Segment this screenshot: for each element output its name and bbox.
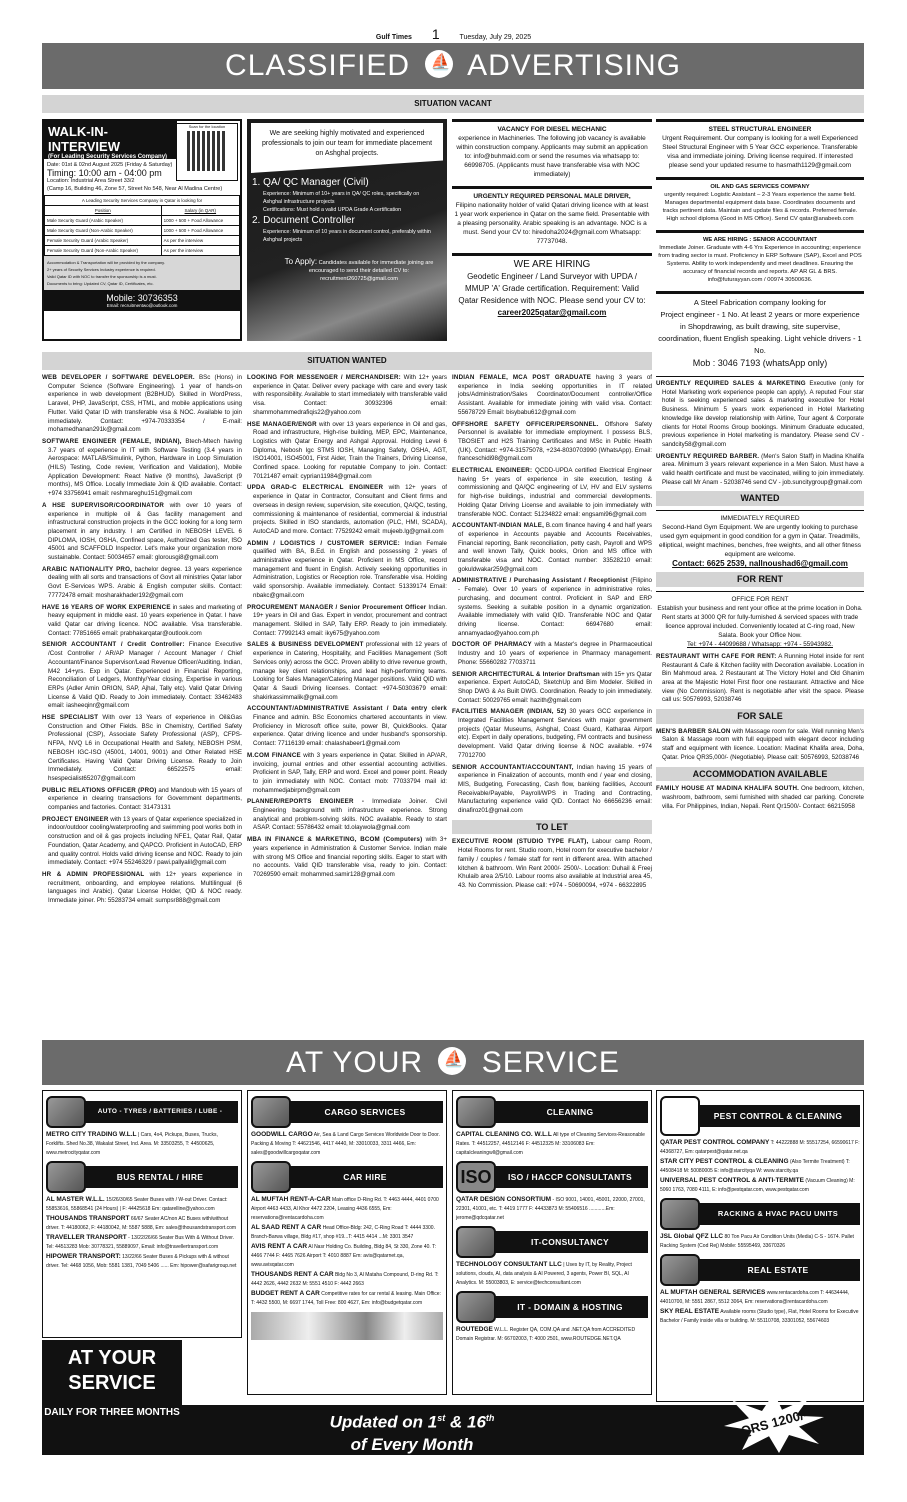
walkin-location-detail: (Camp 16, Building 46, Zone 57, Street N…: [47, 185, 237, 193]
globe-network-icon: [456, 1291, 496, 1323]
page-number: 1: [432, 26, 440, 42]
column-header-salary: Salary (in QAR): [161, 206, 239, 216]
entry-name: AL MUFTAH GENERAL SERVICES: [660, 1289, 765, 1296]
classified-ad: ARABIC NATIONALITY PRO, bachelor degree.…: [42, 566, 242, 601]
service-entry: GOODWILL CARGO Air, Sea & Land Cargo Ser…: [251, 1130, 443, 1158]
ad-heading: EXECUTIVE ROOM (STUDIO TYPE FLAT),: [452, 838, 588, 845]
classified-ad: PROJECT ENGINEER with 13 years of Qatar …: [42, 816, 242, 868]
ad-heading: RESTAURANT WITH CAFE FOR RENT:: [656, 653, 776, 660]
service-entry: TRAVELLER TRANSPORT - 13/22/26/66 Seater…: [46, 1233, 238, 1252]
service-entry: BUDGET RENT A CAR Competitive rates for …: [251, 1289, 443, 1308]
ad-heading: SENIOR ACCOUNTANT / Credit Controller:: [42, 641, 185, 648]
classified-ad: URGENTLY REQUIRED PERSONAL MALE DRIVER, …: [452, 186, 652, 249]
service-entry: THOUSANDS TRANSPORT 66/67 Seater AC/non …: [46, 1214, 238, 1233]
note: 2+ years of Security Services Industry e…: [47, 266, 237, 273]
ad-heading: HSE SPECIALIST: [42, 714, 98, 721]
entry-name: AVIS RENT A CAR: [251, 1243, 307, 1250]
walkin-subtitle: (For Leading Security Services Company): [48, 154, 173, 160]
ad-heading: HR & ADMIN PROFESSIONAL: [42, 871, 144, 878]
ad-body: Geodetic Engineer / Land Surveyor with U…: [454, 271, 650, 307]
apply-text: Candidates available for immediate joini…: [309, 260, 433, 282]
ad-heading: SALES & BUSINESS DEVELOPMENT: [247, 641, 364, 648]
service-title: PEST CONTROL & CLEANING: [696, 1105, 860, 1127]
entry-name: HIPOWER TRANSPORT:: [46, 1253, 121, 1260]
walkin-title-text: WALK-IN-INTERVIEW: [48, 124, 120, 154]
ad-heading: A Steel Fabrication company looking for: [658, 297, 862, 309]
service-title: REAL ESTATE: [696, 1259, 860, 1281]
entry-name: AL MUFTAH RENT-A-CAR: [251, 1196, 331, 1203]
classified-ad: HR & ADMIN PROFESSIONAL with 12+ years e…: [42, 871, 242, 906]
cell: Male Security Guard (Non-Arabic Speaker): [45, 226, 162, 236]
entry-name: QATAR DESIGN CONSORTIUM: [456, 1196, 551, 1203]
ad-contact: Tel: +974 - 44099688 / Whatsapp: +974 - …: [656, 640, 864, 649]
classified-ad: A Steel Fabrication company looking for …: [656, 291, 864, 372]
cell: As per the interview: [161, 236, 239, 246]
classified-ad: SOFTWARE ENGINEER (FEMALE, INDIAN), Btec…: [42, 438, 242, 499]
ad-body: Finance Executive /Cost Controller / AR/…: [48, 641, 242, 709]
cell: As per the interview: [161, 246, 239, 256]
ad-body: Project engineer - 1 No. At least 2 year…: [658, 309, 862, 357]
ad-heading: WEB DEVELOPER / SOFTWARE DEVELOPER.: [42, 374, 195, 381]
role-points: Experience: Minimum of 10 years in docum…: [247, 228, 447, 244]
ad-body: Btech-Mtech having 3.7 years of experien…: [48, 438, 242, 497]
service-entry: HIPOWER TRANSPORT: 13/22/66 Seater Buses…: [46, 1252, 238, 1271]
cell: Female Security Guard (Arabic Speaker): [45, 236, 162, 246]
ad-body: Finance and admin. BSc Economics charter…: [253, 714, 447, 747]
service-entry: JSL Global QFZ LLC 80 Ton Pacu Air Condi…: [660, 1232, 860, 1251]
ad-heading: A HSE SUPERVISOR/COORDINATOR: [42, 502, 164, 509]
service-category: RACKING & HVAC PACU UNITS: [660, 1198, 860, 1230]
ad-heading: OFFICE FOR RENT: [656, 595, 864, 604]
service-title: CLEANING: [492, 1101, 648, 1123]
ad-body: Second-Hand Gym Equipment. We are urgent…: [656, 523, 864, 559]
ad-heading: WE ARE HIRING : SENIOR ACCOUNTANT: [658, 236, 862, 244]
promo-headline: AT YOUR SERVICE: [42, 1346, 182, 1396]
service-entry: AL MUFTAH RENT-A-CAR Main office D-Ring …: [251, 1195, 443, 1223]
accommodation-header: ACCOMMODATION AVAILABLE: [656, 767, 864, 782]
publication-name: Gulf Times: [376, 34, 412, 41]
divider: [656, 591, 864, 592]
wanted-ad: IMMEDIATELY REQUIRED Second-Hand Gym Equ…: [656, 510, 864, 568]
masthead: Gulf Times 1 Tuesday, July 29, 2025: [0, 26, 907, 42]
ad-heading: ARABIC NATIONALITY PRO,: [42, 566, 132, 573]
ad-heading: SENIOR ARCHITECTURAL & Interior Draftsma…: [452, 671, 600, 678]
service-category: ISO ISO / HACCP CONSULTANTS: [456, 1161, 648, 1193]
container-icon: [251, 1096, 291, 1128]
banner-right-text: ADVERTISING: [467, 49, 681, 82]
service-title: RACKING & HVAC PACU UNITS: [696, 1203, 860, 1225]
ad-heading: URGENTLY REQUIRED PERSONAL MALE DRIVER,: [454, 192, 650, 201]
table-row: Male Security Guard (Non-Arabic Speaker)…: [45, 226, 240, 236]
role-point: Experience: Minimum of 10 years in docum…: [263, 228, 439, 244]
ad-body: Labour camp Room, Hotel Rooms for rent. …: [458, 838, 652, 889]
column-header-position: Position: [45, 206, 162, 216]
note: Documents to bring: Updated CV, Qatar ID…: [47, 280, 237, 287]
service-entry: QATAR DESIGN CONSORTIUM - ISO 9001, 1400…: [456, 1195, 648, 1223]
ad-heading: URGENTLY REQUIRED SALES & MARKETING: [656, 380, 806, 387]
classified-ad: ADMINISTRATIVE / Purchasing Assistant / …: [452, 577, 652, 638]
classified-ad: HAVE 16 YEARS OF WORK EXPERIENCE in sale…: [42, 604, 242, 639]
service-title: IT - DOMAIN & HOSTING: [492, 1296, 648, 1318]
ad-heading: PROCUREMENT MANAGER / Senior Procurement…: [247, 604, 426, 611]
service-entry: QATAR PEST CONTROL COMPANY T: 44222888 M…: [660, 1138, 860, 1157]
ad-body: 30 years GCC experience in Integrated Fa…: [458, 708, 652, 759]
restaurant-ad: RESTAURANT WITH CAFE FOR RENT: A Running…: [656, 653, 864, 705]
ad-body: with 12+ years of experience in Qatar in…: [253, 484, 447, 535]
superscript: th: [486, 1413, 495, 1423]
entry-name: BUDGET RENT A CAR: [251, 1290, 320, 1297]
wanted-column-2: LOOKING FOR MESSENGER / MERCHANDISER: Wi…: [247, 374, 447, 883]
col4-ads: URGENTLY REQUIRED SALES & MARKETING Exec…: [656, 380, 864, 487]
ad-body: BSc (Hons) in Computer Science (Software…: [48, 374, 242, 433]
update-schedule: Updated on 1st & 16th of Every Month: [282, 1407, 542, 1456]
classified-ad: MEN'S BARBER SALON with Massage room for…: [656, 728, 864, 763]
table-row: Female Security Guard (Arabic Speaker)As…: [45, 236, 240, 246]
wanted-column-1: WEB DEVELOPER / SOFTWARE DEVELOPER. BSc …: [42, 374, 242, 909]
service-panel-auto-bus: AUTO - TYRES / BATTERIES / LUBE - CHANGI…: [42, 1090, 242, 1338]
warehouse-racking-icon: [660, 1198, 700, 1230]
service-category: CAR HIRE: [251, 1161, 443, 1193]
role-point: Experience: Minimum of 10+ years in QA/ …: [263, 190, 439, 206]
classified-ad: FACILITIES MANAGER (INDIAN, 52) 30 years…: [452, 708, 652, 760]
entry-name: AL MASTER W.L.L.: [46, 1196, 105, 1203]
service-category: IT - DOMAIN & HOSTING: [456, 1291, 648, 1323]
ad-body: experience in Machineries. The following…: [454, 134, 650, 179]
office-for-rent-ad: OFFICE FOR RENT Establish your business …: [656, 591, 864, 649]
building-icon: [660, 1254, 700, 1286]
classified-ad: SALES & BUSINESS DEVELOPMENT professiona…: [247, 641, 447, 702]
classified-ad: WE ARE HIRING : SENIOR ACCOUNTANT Immedi…: [656, 230, 864, 287]
promo-bottom-bar: Updated on 1st & 16th of Every Month QRS…: [182, 1405, 864, 1455]
banner-left-text: CLASSIFIED: [225, 49, 410, 82]
vacant-column-3: VACANCY FOR DIESEL MECHANIC experience i…: [452, 119, 652, 326]
entry-name: CAPITAL CLEANING CO. W.L.L: [456, 1131, 552, 1138]
situation-vacant-header: SITUATION VACANT: [42, 95, 864, 113]
car-parts-icon: [46, 1096, 86, 1128]
classified-ad: STEEL STRUCTURAL ENGINEER Urgent Require…: [656, 119, 864, 173]
wanted-header: WANTED: [656, 491, 864, 506]
ad-heading: UPDA GRAD-C ELECTRICAL ENGINEER: [247, 484, 383, 491]
service-entry: AVIS RENT A CAR Al Nasr Holding Co. Buil…: [251, 1242, 443, 1270]
ad-heading: LOOKING FOR MESSENGER / MERCHANDISER:: [247, 374, 401, 381]
service-entry: UNIVERSAL PEST CONTROL & ANTI-TERMITE (V…: [660, 1176, 860, 1195]
entry-name: THOUSANDS RENT A CAR: [251, 1271, 334, 1278]
ad-heading: OIL AND GAS SERVICES COMPANY: [658, 183, 862, 191]
ad-body: Indian Female qualified with BA, B.Ed. i…: [253, 540, 447, 599]
ad-heading: WE ARE HIRING: [454, 259, 650, 271]
ad-heading: PLANNER/REPORTS ENGINEER -: [247, 798, 364, 805]
service-entry: METRO CITY TRADING W.L.L | Cars, 4x4, Pi…: [46, 1130, 238, 1158]
accommodation-ad: FAMILY HOUSE AT MADINA KHALIFA SOUTH. On…: [656, 785, 864, 811]
service-category: PEST CONTROL & CLEANING: [660, 1096, 860, 1136]
cell: Female Security Guard (Non-Arabic Speake…: [45, 246, 162, 256]
qr-code-icon: [187, 131, 227, 171]
promo-left-block: AT YOUR SERVICE DAILY FOR THREE MONTHS: [42, 1340, 182, 1455]
entry-name: SKY REAL ESTATE: [660, 1308, 719, 1315]
entry-name: GOODWILL CARGO: [251, 1131, 313, 1138]
service-entry: SKY REAL ESTATE Available rooms (Studio …: [660, 1307, 860, 1326]
salary-table: A Leading Security Services Company in Q…: [44, 195, 240, 256]
role-point: Certifications: Must hold a valid UPDA G…: [263, 206, 439, 214]
dhow-logo-icon: [425, 50, 453, 78]
service-category: AUTO - TYRES / BATTERIES / LUBE - CHANGI…: [46, 1096, 238, 1128]
walkin-notes: Accommodation & Transportation will be p…: [44, 256, 240, 290]
service-title: AUTO - TYRES / BATTERIES / LUBE - CHANGI…: [82, 1101, 238, 1123]
entry-name: AL SAAD RENT A CAR: [251, 1224, 321, 1231]
ad-heading: MBA IN FINANCE & MARKETING, BCOM (Comput…: [247, 836, 422, 843]
it-consultancy-icon: [456, 1226, 496, 1258]
service-entry: AL SAAD RENT A CAR Head Office-Bldg: 242…: [251, 1223, 443, 1242]
apply-section: To Apply: Candidates available for immed…: [277, 258, 441, 283]
ad-heading: DOCTOR OF PHARMACY: [452, 641, 532, 648]
ad-email[interactable]: career2025qatar@gmail.com: [454, 307, 650, 319]
classified-ad: SENIOR ACCOUNTANT / Credit Controller: F…: [42, 641, 242, 711]
service-panel-cleaning-iso-it: CLEANING CAPITAL CLEANING CO. W.L.L All …: [452, 1090, 652, 1395]
classified-ad: UPDA GRAD-C ELECTRICAL ENGINEER with 12+…: [247, 484, 447, 536]
entry-name: TECHNOLOGY CONSULTANT LLC: [456, 1261, 562, 1268]
cell: 1000 + 500 + Food Allowance: [161, 216, 239, 226]
walk-in-interview-ad: WALK-IN-INTERVIEW (For Leading Security …: [42, 119, 242, 341]
service-entry: AL MUFTAH GENERAL SERVICES www.rentacard…: [660, 1288, 860, 1307]
ad-contact: Contact: 6625 2539, nallnoushad6@gmail.c…: [656, 559, 864, 568]
ad-heading: PUBLIC RELATIONS OFFICER (PRO): [42, 787, 157, 794]
banner-left-text: AT YOUR: [286, 1046, 423, 1079]
for-rent-header: FOR RENT: [656, 572, 864, 587]
entry-name: JSL Global QFZ LLC: [660, 1233, 723, 1240]
bus-icon: [46, 1161, 86, 1193]
pest-sprayer-icon: [660, 1096, 700, 1136]
ad-heading: MEN'S BARBER SALON: [656, 728, 731, 735]
service-entry: AL MASTER W.L.L. 15/26/30/65 Seater Buse…: [46, 1195, 238, 1214]
iso-icon: ISO: [456, 1161, 496, 1193]
ad-heading: ADMIN / LOGISTICS / CUSTOMER SERVICE:: [247, 540, 400, 547]
ad-heading: OFFSHORE SAFETY OFFICER/PERSONNEL.: [452, 421, 599, 428]
service-title: CARGO SERVICES: [287, 1101, 443, 1123]
classified-ad: M.COM FINANCE with 3 years experience in…: [247, 752, 447, 796]
qr-code[interactable]: Scan for the location: [176, 123, 238, 181]
classified-ad: URGENTLY REQUIRED BARBER. (Men's Salon S…: [656, 453, 864, 488]
service-title: CAR HIRE: [287, 1166, 443, 1188]
classified-ad: DOCTOR OF PHARMACY with a Master's degre…: [452, 641, 652, 667]
ad-body: Establish your business and rent your of…: [656, 604, 864, 640]
service-category: CARGO SERVICES: [251, 1096, 443, 1128]
ad-body: urgently required: Logistic Assistant – …: [658, 191, 862, 223]
classified-ad: ACCOUNTANT-INDIAN MALE, B.com finance ha…: [452, 522, 652, 574]
dhow-logo-icon: [438, 1047, 466, 1075]
ad-heading: ACCOUNTANT-INDIAN MALE,: [452, 522, 544, 529]
for-sale-header: FOR SALE: [656, 709, 864, 724]
classified-ad: ACCOUNTANT/ADMINISTRATIVE Assistant / Da…: [247, 705, 447, 749]
ad-body: QCDD-UPDA certified Electrical Engineer …: [458, 467, 652, 518]
ad-body: Executive (only for Hotel Marketing work…: [662, 380, 864, 448]
classified-ad: FAMILY HOUSE AT MADINA KHALIFA SOUTH. On…: [656, 785, 864, 811]
entry-name: TRAVELLER TRANSPORT: [46, 1234, 127, 1241]
ashghal-intro: We are seeking highly motivated and expe…: [251, 123, 443, 173]
ad-body: professional with 12 years of experience…: [253, 641, 447, 700]
note: Accommodation & Transportation will be p…: [47, 259, 237, 266]
service-panel-cargo-car: CARGO SERVICES GOODWILL CARGO Air, Sea &…: [247, 1090, 447, 1395]
classified-ad: PLANNER/REPORTS ENGINEER - Immediate Joi…: [247, 798, 447, 833]
classified-ad: LOOKING FOR MESSENGER / MERCHANDISER: Wi…: [247, 374, 447, 418]
ad-heading: ELECTRICAL ENGINEER:: [452, 467, 532, 474]
situation-wanted-header: SITUATION WANTED: [42, 352, 652, 370]
classified-ad: OIL AND GAS SERVICES COMPANY urgently re…: [656, 177, 864, 226]
salary-table-intro: A Leading Security Services Company in Q…: [45, 196, 240, 206]
ad-heading: ADMINISTRATIVE / Purchasing Assistant / …: [452, 577, 628, 584]
issue-date: Tuesday, July 29, 2025: [460, 34, 532, 41]
wanted-column-3: INDIAN FEMALE, MCA POST GRADUATE having …: [452, 374, 652, 894]
role-title: 2. Document Controller: [252, 217, 442, 225]
walkin-title: WALK-IN-INTERVIEW (For Leading Security …: [44, 121, 177, 159]
ad-body: With over 13 Years of experience in Oil&…: [48, 714, 242, 782]
ad-heading: URGENTLY REQUIRED BARBER.: [656, 453, 759, 460]
divider: [656, 510, 864, 511]
entry-name: QATAR PEST CONTROL COMPANY: [660, 1139, 769, 1146]
classified-ad: EXECUTIVE ROOM (STUDIO TYPE FLAT), Labou…: [452, 838, 652, 890]
promo-duration: DAILY FOR THREE MONTHS: [42, 1406, 182, 1420]
entry-name: STAR CITY PEST CONTROL & CLEANING: [660, 1158, 789, 1165]
service-entry: THOUSANDS RENT A CAR Bldg No 3, Al Matah…: [251, 1270, 443, 1289]
ad-body: (Filipino - Female). Over 10 years of ex…: [458, 577, 652, 636]
role-title: 1. QA/ QC Manager (Civil): [252, 179, 442, 187]
classified-ad: A HSE SUPERVISOR/COORDINATOR with over 1…: [42, 502, 242, 563]
walkin-email[interactable]: Email: recruitmentwo@outlook.com: [44, 303, 240, 308]
classified-ad: WEB DEVELOPER / SOFTWARE DEVELOPER. BSc …: [42, 374, 242, 435]
ad-heading: IMMEDIATELY REQUIRED: [656, 514, 864, 523]
ad-heading: STEEL STRUCTURAL ENGINEER: [658, 125, 862, 134]
service-title: ISO / HACCP CONSULTANTS: [492, 1166, 648, 1188]
classified-ad: ELECTRICAL ENGINEER: QCDD-UPDA certified…: [452, 467, 652, 519]
classified-ad: URGENTLY REQUIRED SALES & MARKETING Exec…: [656, 380, 864, 450]
entry-name: METRO CITY TRADING W.L.L: [46, 1131, 137, 1138]
service-category: REAL ESTATE: [660, 1254, 860, 1286]
classified-ad: OFFSHORE SAFETY OFFICER/PERSONNEL. Offsh…: [452, 421, 652, 465]
classified-ad: SENIOR ACCOUNTANT/ACCOUNTANT, Indian hav…: [452, 764, 652, 816]
ad-body: A Running Hotel inside for rent Restaura…: [662, 653, 864, 704]
service-title: IT-CONSULTANCY: [492, 1231, 648, 1253]
service-entry: ROUTEDGE W.L.L. Register QA, COM.QA and …: [456, 1325, 648, 1344]
entry-name: THOUSANDS TRANSPORT: [46, 1215, 129, 1222]
ad-heading: SENIOR ACCOUNTANT/ACCOUNTANT,: [452, 764, 574, 771]
service-title: BUS RENTAL / HIRE: [82, 1166, 238, 1188]
vacant-column-4: STEEL STRUCTURAL ENGINEER Urgent Require…: [656, 119, 864, 814]
service-category: BUS RENTAL / HIRE: [46, 1161, 238, 1193]
service-entry: TECHNOLOGY CONSULTANT LLC | Uses by IT, …: [456, 1260, 648, 1288]
walkin-mobile: Mobile: 30736353: [44, 293, 240, 303]
ad-mobile: Mob : 3046 7193 (whatsApp only): [658, 357, 862, 369]
update-text: of Every Month: [351, 1435, 474, 1454]
service-category: IT-CONSULTANCY: [456, 1226, 648, 1258]
classified-ad: PROCUREMENT MANAGER / Senior Procurement…: [247, 604, 447, 639]
divider: [656, 376, 864, 377]
for-sale-ad: MEN'S BARBER SALON with Massage room for…: [656, 728, 864, 763]
car-hire-icon: [251, 1161, 291, 1193]
ad-heading: HAVE 16 YEARS OF WORK EXPERIENCE: [42, 604, 171, 611]
table-row: Male Security Guard (Arabic Speaker)1000…: [45, 216, 240, 226]
ad-heading: FACILITIES MANAGER (INDIAN, 52): [452, 708, 566, 715]
price-starburst-icon: QRS 1200/-: [724, 1393, 824, 1453]
entry-name: UNIVERSAL PEST CONTROL & ANTI-TERMITE: [660, 1177, 804, 1184]
ad-heading: HSE MANAGER/ENGR: [247, 421, 317, 428]
decorative-strip: [251, 1312, 443, 1340]
ad-heading: M.COM FINANCE: [247, 752, 301, 759]
ad-heading: PROJECT ENGINEER: [42, 816, 109, 823]
to-let-header: TO LET: [452, 820, 652, 835]
classified-ad: WE ARE HIRING Geodetic Engineer / Land S…: [452, 253, 652, 322]
note: Valid Qatar ID with NOC to transfer the …: [47, 273, 237, 280]
service-entry: CAPITAL CLEANING CO. W.L.L All type of C…: [456, 1130, 648, 1158]
ad-heading: ACCOUNTANT/ADMINISTRATIVE Assistant / Da…: [247, 705, 447, 712]
table-row: Female Security Guard (Non-Arabic Speake…: [45, 246, 240, 256]
service-panel-pest-racking-realestate: PEST CONTROL & CLEANING QATAR PEST CONTR…: [656, 1090, 864, 1402]
walkin-contact: Mobile: 30736353 Email: recruitmentwo@ou…: [44, 290, 240, 311]
ad-body: B.com finance having 4 and half years of…: [458, 522, 652, 573]
cell: 1000 + 500 + Food Allowance: [161, 226, 239, 236]
ad-body: Immediate Joiner. Graduate with 4-6 Yrs …: [658, 244, 862, 284]
service-entry: STAR CITY PEST CONTROL & CLEANING (Also …: [660, 1157, 860, 1176]
apply-label: To Apply:: [285, 257, 317, 266]
classified-ad: MBA IN FINANCE & MARKETING, BCOM (Comput…: [247, 836, 447, 880]
classified-ad: HSE MANAGER/ENGR with over 13 years expe…: [247, 421, 447, 482]
ashghal-projects-ad: We are seeking highly motivated and expe…: [247, 119, 447, 341]
banner-right-text: SERVICE: [482, 1046, 620, 1079]
ad-body: with over 13 years experience in Oil and…: [253, 421, 447, 480]
update-text: & 16: [445, 1413, 486, 1432]
classified-advertising-banner: CLASSIFIED ADVERTISING: [42, 43, 864, 89]
cleaning-icon: [456, 1096, 496, 1128]
classified-ad: VACANCY FOR DIESEL MECHANIC experience i…: [452, 119, 652, 182]
role-points: Experience: Minimum of 10+ years in QA/ …: [247, 190, 447, 214]
entry-name: ROUTEDGE: [456, 1326, 493, 1333]
ad-heading: INDIAN FEMALE, MCA POST GRADUATE: [452, 374, 591, 381]
qr-label: Scan for the location: [177, 124, 237, 129]
ad-body: with 13 years of Qatar experience specia…: [48, 816, 242, 867]
classified-ad: HSE SPECIALIST With over 13 Years of exp…: [42, 714, 242, 784]
ad-heading: VACANCY FOR DIESEL MECHANIC: [454, 125, 650, 134]
classified-ad: RESTAURANT WITH CAFE FOR RENT: A Running…: [656, 653, 864, 705]
ad-body: Urgent Requirement. Our company is looki…: [658, 134, 862, 170]
update-text: Updated on 1: [330, 1413, 438, 1432]
ad-body: Filipino nationality holder of valid Qat…: [454, 201, 650, 246]
ad-heading: SOFTWARE ENGINEER (FEMALE, INDIAN),: [42, 438, 182, 445]
classified-ad: INDIAN FEMALE, MCA POST GRADUATE having …: [452, 374, 652, 418]
service-category: CLEANING: [456, 1096, 648, 1128]
classified-ad: ADMIN / LOGISTICS / CUSTOMER SERVICE: In…: [247, 540, 447, 601]
cell: Male Security Guard (Arabic Speaker): [45, 216, 162, 226]
ad-heading: FAMILY HOUSE AT MADINA KHALIFA SOUTH.: [656, 785, 799, 792]
classified-ad: PUBLIC RELATIONS OFFICER (PRO) and Mando…: [42, 787, 242, 813]
ad-body: with over 10 years of experience in mult…: [48, 502, 242, 561]
classified-ad: SENIOR ARCHITECTURAL & Interior Draftsma…: [452, 671, 652, 706]
at-your-service-banner: AT YOUR SERVICE: [42, 1040, 864, 1085]
ad-body: Indian having 15 years of experience in …: [458, 764, 652, 815]
